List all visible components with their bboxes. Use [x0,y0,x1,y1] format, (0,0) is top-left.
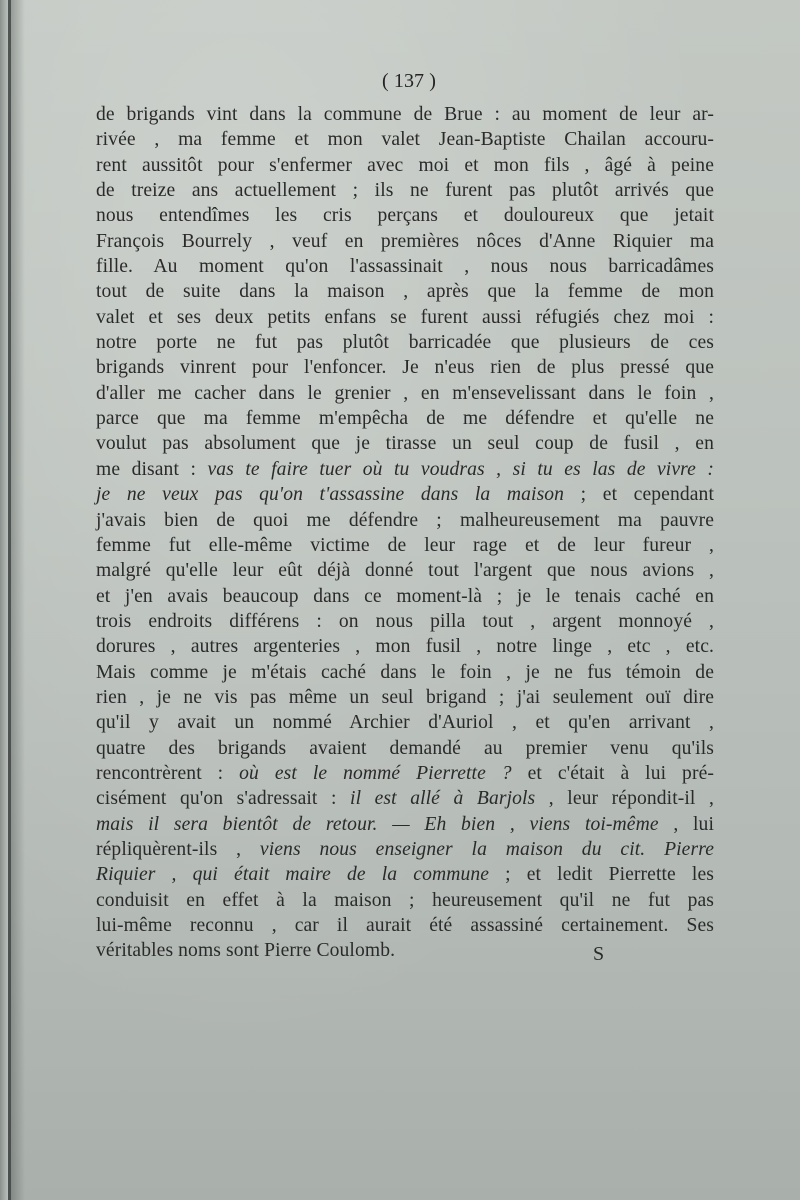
text-line-mixed: Riquier , qui était maire de la commune … [96,862,714,887]
text-line: de brigands vint dans la commune de Brue… [96,102,714,127]
text-line: rien , je ne vis pas même un seul brigan… [96,685,714,710]
roman-text: ; et ledit Pierrette les [489,864,714,885]
italic-quote: Riquier , qui était maire de la commune [96,864,489,885]
text-line: Mais comme je m'étais caché dans le foin… [96,660,714,685]
text-line: parce que ma femme m'empêcha de me défen… [96,406,714,431]
roman-text: cisément qu'on s'adressait : [96,788,350,809]
text-line: quatre des brigands avaient demandé au p… [96,736,714,761]
text-line: véritables noms sont Pierre Coulomb. [96,938,714,963]
text-line: de treize ans actuellement ; ils ne fure… [96,178,714,203]
text-line-mixed: me disant : vas te faire tuer où tu voud… [96,457,714,482]
last-line-row: véritables noms sont Pierre Coulomb. S [96,938,714,963]
text-line: voulut pas absolument que je tirasse un … [96,431,714,456]
roman-text: , leur répondit-il , [535,788,714,809]
italic-quote: où est le nommé Pierrette ? [239,763,512,784]
text-line: rent aussitôt pour s'enfermer avec moi e… [96,153,714,178]
book-page: ( 137 ) de brigands vint dans la commune… [0,0,800,1200]
text-line: tout de suite dans la maison , après que… [96,279,714,304]
text-line-mixed: rencontrèrent : où est le nommé Pierrett… [96,761,714,786]
text-line: et j'en avais beaucoup dans ce moment-là… [96,584,714,609]
text-line-mixed: mais il sera bientôt de retour. — Eh bie… [96,812,714,837]
text-line: brigands vinrent pour l'enfoncer. Je n'e… [96,355,714,380]
printer-signature-mark: S [593,942,604,967]
roman-text: répliquèrent-ils , [96,839,260,860]
text-line: rivée , ma femme et mon valet Jean-Bapti… [96,127,714,152]
text-line-mixed: cisément qu'on s'adressait : il est allé… [96,786,714,811]
text-line: lui-même reconnu , car il aurait été ass… [96,913,714,938]
italic-quote: il est allé à Barjols [350,788,535,809]
page-number: ( 137 ) [96,64,714,102]
roman-text: ; et cependant [564,484,714,505]
italic-quote: mais il sera bientôt de retour. — Eh bie… [96,814,659,835]
italic-quote: viens nous enseigner la maison du cit. P… [260,839,714,860]
italic-quote: je ne veux pas qu'on t'assassine dans la… [96,484,564,505]
text-line: notre porte ne fut pas plutôt barricadée… [96,330,714,355]
text-line: d'aller me cacher dans le grenier , en m… [96,381,714,406]
previous-page-edge [0,0,8,1200]
text-line-mixed: je ne veux pas qu'on t'assassine dans la… [96,482,714,507]
text-line: François Bourrely , veuf en premières nô… [96,229,714,254]
roman-text: me disant : [96,459,207,480]
text-line: j'avais bien de quoi me défendre ; malhe… [96,508,714,533]
text-line: dorures , autres argenteries , mon fusil… [96,634,714,659]
text-line: trois endroits différens : on nous pilla… [96,609,714,634]
text-line: qu'il y avait un nommé Archier d'Auriol … [96,710,714,735]
text-line: valet et ses deux petits enfans se furen… [96,305,714,330]
page-text-block: ( 137 ) de brigands vint dans la commune… [96,64,714,964]
text-line: conduisit en effet à la maison ; heureus… [96,888,714,913]
text-line-mixed: répliquèrent-ils , viens nous enseigner … [96,837,714,862]
text-line: femme fut elle-même victime de leur rage… [96,533,714,558]
roman-text: , lui [659,814,714,835]
roman-text: et c'était à lui pré- [512,763,714,784]
gutter-shadow [11,0,25,1200]
italic-quote: vas te faire tuer où tu voudras , si tu … [207,459,714,480]
roman-text: rencontrèrent : [96,763,239,784]
text-line: fille. Au moment qu'on l'assassinait , n… [96,254,714,279]
text-line: malgré qu'elle leur eût déjà donné tout … [96,558,714,583]
text-line: nous entendîmes les cris perçans et doul… [96,203,714,228]
